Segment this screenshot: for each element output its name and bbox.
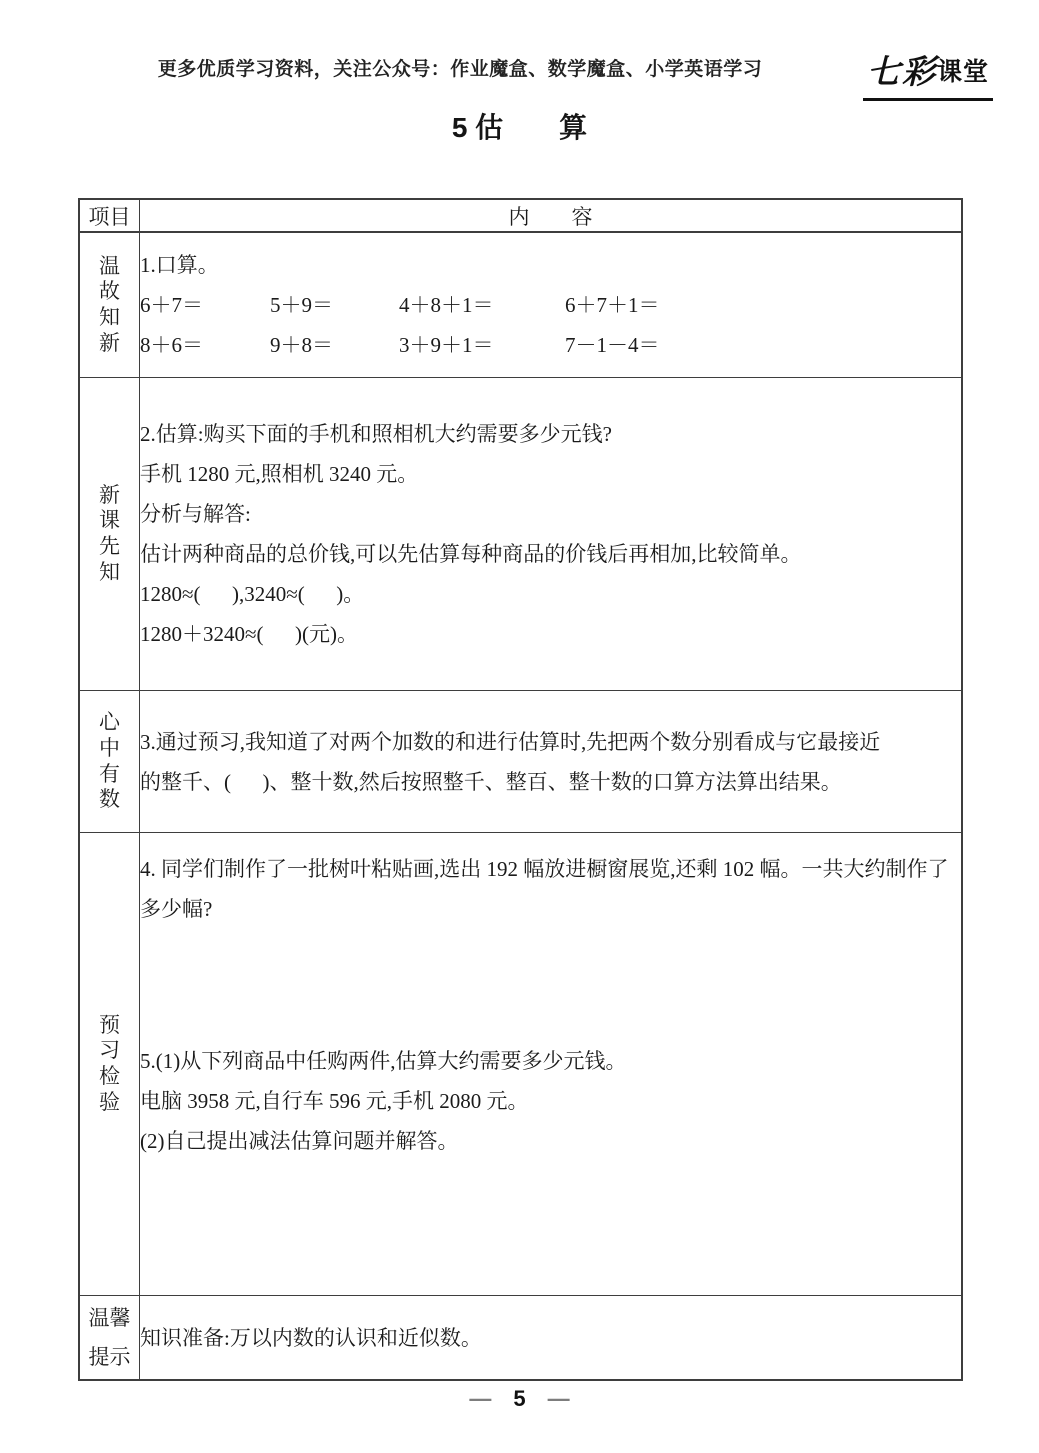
table-header-row: 项目 内 容 xyxy=(79,199,962,232)
page-title: 5 估 算 xyxy=(0,106,1039,146)
section-label-tips: 温馨提示 xyxy=(79,1296,140,1381)
brand-logo-calligraphy: 七彩 xyxy=(867,55,937,91)
content-line: 的整千、( )、整十数,然后按照整千、整百、整十数的口算方法算出结果。 xyxy=(140,762,961,802)
page-number: 5 xyxy=(513,1386,525,1411)
content-line: 4. 同学们制作了一批树叶粘贴画,选出 192 幅放进橱窗展览,还剩 102 幅… xyxy=(140,849,961,889)
footer-dash-right: — xyxy=(548,1386,570,1411)
page-footer: —5— xyxy=(0,1386,1039,1412)
math-problem: 9＋8＝ xyxy=(270,325,399,365)
section-label-text: 温故知新 xyxy=(97,254,121,356)
content-line: 3.通过预习,我知道了对两个加数的和进行估算时,先把两个数分别看成与它最接近 xyxy=(140,722,961,762)
col-header-content: 内 容 xyxy=(140,199,963,232)
section-label-review: 温故知新 xyxy=(79,232,140,378)
section-content-key-idea: 3.通过预习,我知道了对两个加数的和进行估算时,先把两个数分别看成与它最接近 的… xyxy=(140,691,963,833)
math-problem: 6＋7＝ xyxy=(140,285,270,325)
content-line: 分析与解答: xyxy=(140,494,961,534)
header-note: 更多优质学习资料，关注公众号：作业魔盒、数学魔盒、小学英语学习 xyxy=(0,54,920,81)
content-line: 1280≈( ),3240≈( )。 xyxy=(140,574,961,614)
footer-dash-left: — xyxy=(469,1386,491,1411)
col-header-item: 项目 xyxy=(79,199,140,232)
content-line: 电脑 3958 元,自行车 596 元,手机 2080 元。 xyxy=(140,1081,961,1121)
oral-math-grid: 6＋7＝ 5＋9＝ 4＋8＋1＝ 6＋7＋1＝ 8＋6＝ 9＋8＝ 3＋9＋1＝… xyxy=(140,285,961,365)
content-line: 知识准备:万以内数的认识和近似数。 xyxy=(140,1318,961,1358)
section-label-preview-check: 预习检验 xyxy=(79,833,140,1296)
brand-logo-text: 课堂 xyxy=(937,58,989,86)
content-line: 5.(1)从下列商品中任购两件,估算大约需要多少元钱。 xyxy=(140,1041,961,1081)
section-label-text: 预习检验 xyxy=(97,1013,121,1115)
math-problem: 4＋8＋1＝ xyxy=(399,285,565,325)
section-content-review: 1.口算。 6＋7＝ 5＋9＝ 4＋8＋1＝ 6＋7＋1＝ 8＋6＝ 9＋8＝ … xyxy=(140,232,963,378)
section-label-key-idea: 心中有数 xyxy=(79,691,140,833)
brand-logo: 七彩课堂 xyxy=(863,46,993,101)
section-label-new-lesson: 新课先知 xyxy=(79,378,140,691)
math-problem: 8＋6＝ xyxy=(140,325,270,365)
content-line: (2)自己提出减法估算问题并解答。 xyxy=(140,1121,961,1161)
content-line: 估计两种商品的总价钱,可以先估算每种商品的价钱后再相加,比较简单。 xyxy=(140,534,961,574)
math-problem: 3＋9＋1＝ xyxy=(399,325,565,365)
content-line: 手机 1280 元,照相机 3240 元。 xyxy=(140,454,961,494)
section-content-preview-check: 4. 同学们制作了一批树叶粘贴画,选出 192 幅放进橱窗展览,还剩 102 幅… xyxy=(140,833,963,1296)
content-line: 1280＋3240≈( )(元)。 xyxy=(140,614,961,654)
section-content-new-lesson: 2.估算:购买下面的手机和照相机大约需要多少元钱? 手机 1280 元,照相机 … xyxy=(140,378,963,691)
problem-intro: 1.口算。 xyxy=(140,245,961,285)
section-row-preview-check: 预习检验 4. 同学们制作了一批树叶粘贴画,选出 192 幅放进橱窗展览,还剩 … xyxy=(79,833,962,1296)
section-row-review: 温故知新 1.口算。 6＋7＝ 5＋9＝ 4＋8＋1＝ 6＋7＋1＝ 8＋6＝ … xyxy=(79,232,962,378)
math-problem: 6＋7＋1＝ xyxy=(565,285,961,325)
content-line: 多少幅? xyxy=(140,889,961,929)
section-label-text: 新课先知 xyxy=(97,483,121,585)
section-row-key-idea: 心中有数 3.通过预习,我知道了对两个加数的和进行估算时,先把两个数分别看成与它… xyxy=(79,691,962,833)
section-row-new-lesson: 新课先知 2.估算:购买下面的手机和照相机大约需要多少元钱? 手机 1280 元… xyxy=(79,378,962,691)
section-row-tips: 温馨提示 知识准备:万以内数的认识和近似数。 xyxy=(79,1296,962,1381)
section-label-text: 心中有数 xyxy=(97,710,121,812)
section-content-tips: 知识准备:万以内数的认识和近似数。 xyxy=(140,1296,963,1381)
math-problem: 7－1－4＝ xyxy=(565,325,961,365)
content-line: 2.估算:购买下面的手机和照相机大约需要多少元钱? xyxy=(140,414,961,454)
math-problem: 5＋9＝ xyxy=(270,285,399,325)
section-label-text: 温馨提示 xyxy=(85,1299,133,1377)
worksheet-table: 项目 内 容 温故知新 1.口算。 6＋7＝ 5＋9＝ 4＋8＋1＝ 6＋7＋1… xyxy=(78,198,963,1381)
